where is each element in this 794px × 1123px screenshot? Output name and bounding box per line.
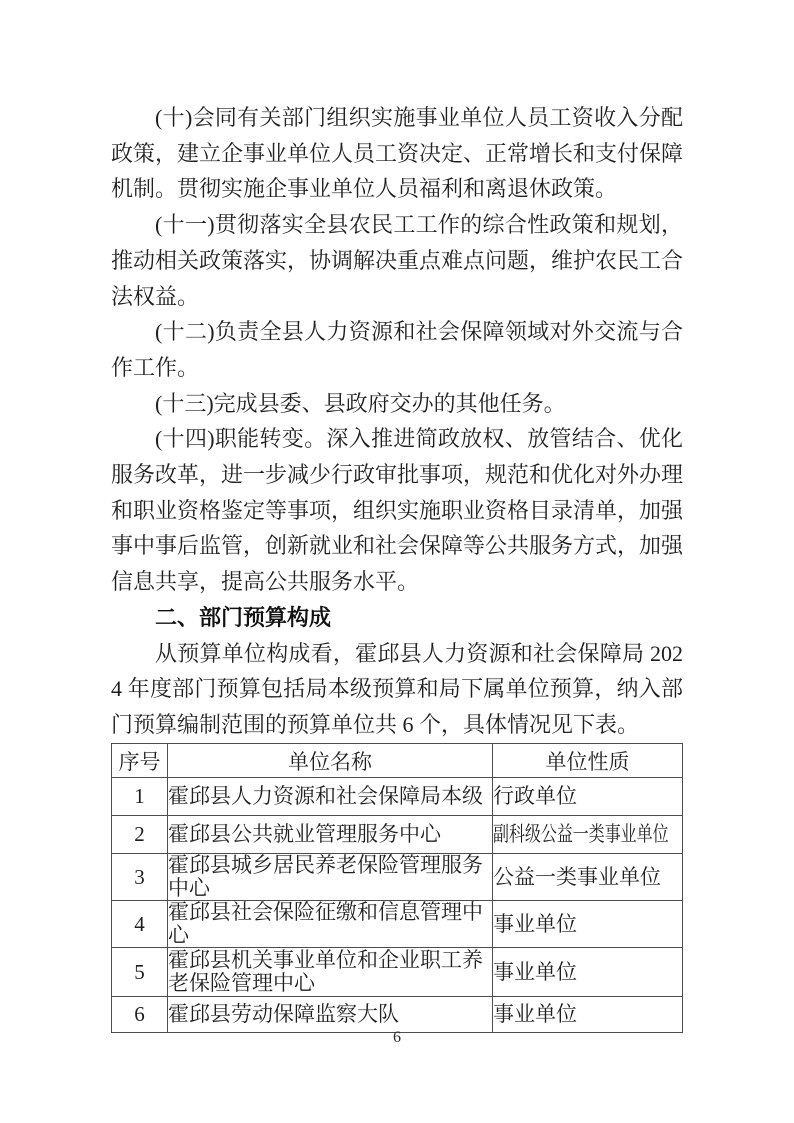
duty-paragraph-13: (十三)完成县委、县政府交办的其他任务。 — [111, 386, 683, 422]
document-body: (十)会同有关部门组织实施事业单位人员工资收入分配政策，建立企事业单位人员工资决… — [111, 100, 683, 743]
unit-type: 行政单位 — [493, 778, 683, 816]
unit-name: 霍邱县机关事业单位和企业职工养老保险管理中心 — [168, 948, 493, 997]
table-row: 3 霍邱县城乡居民养老保险管理服务中心 公益一类事业单位 — [112, 854, 683, 901]
duty-paragraph-11: (十一)贯彻落实全县农民工工作的综合性政策和规划，推动相关政策落实，协调解决重点… — [111, 207, 683, 314]
table-row: 1 霍邱县人力资源和社会保障局本级 行政单位 — [112, 778, 683, 816]
column-header-unit-name: 单位名称 — [168, 744, 493, 778]
unit-type-condensed-text: 副科级公益一类事业单位 — [493, 823, 669, 846]
unit-name: 霍邱县人力资源和社会保障局本级 — [168, 778, 493, 816]
budget-units-table: 序号 单位名称 单位性质 1 霍邱县人力资源和社会保障局本级 行政单位 2 霍邱… — [111, 743, 683, 1033]
table-row: 4 霍邱县社会保险征缴和信息管理中心 事业单位 — [112, 901, 683, 948]
table-row: 2 霍邱县公共就业管理服务中心 副科级公益一类事业单位 — [112, 816, 683, 854]
unit-name: 霍邱县公共就业管理服务中心 — [168, 816, 493, 854]
page-number: 6 — [0, 1028, 794, 1048]
column-header-index: 序号 — [112, 744, 168, 778]
row-index: 2 — [112, 816, 168, 854]
column-header-unit-type: 单位性质 — [493, 744, 683, 778]
row-index: 4 — [112, 901, 168, 948]
unit-type: 副科级公益一类事业单位 — [493, 816, 683, 854]
document-page: (十)会同有关部门组织实施事业单位人员工资收入分配政策，建立企事业单位人员工资决… — [0, 0, 794, 1123]
duty-paragraph-10: (十)会同有关部门组织实施事业单位人员工资收入分配政策，建立企事业单位人员工资决… — [111, 100, 683, 207]
unit-name: 霍邱县社会保险征缴和信息管理中心 — [168, 901, 493, 948]
table-row: 5 霍邱县机关事业单位和企业职工养老保险管理中心 事业单位 — [112, 948, 683, 997]
budget-intro-paragraph: 从预算单位构成看，霍邱县人力资源和社会保障局 2024 年度部门预算包括局本级预… — [111, 636, 683, 743]
row-index: 5 — [112, 948, 168, 997]
unit-name: 霍邱县城乡居民养老保险管理服务中心 — [168, 854, 493, 901]
row-index: 1 — [112, 778, 168, 816]
section-heading-budget-composition: 二、部门预算构成 — [111, 600, 683, 636]
table-header-row: 序号 单位名称 单位性质 — [112, 744, 683, 778]
row-index: 3 — [112, 854, 168, 901]
unit-type: 事业单位 — [493, 948, 683, 997]
unit-type: 公益一类事业单位 — [493, 854, 683, 901]
duty-paragraph-12: (十二)负责全县人力资源和社会保障领域对外交流与合作工作。 — [111, 314, 683, 385]
duty-paragraph-14: (十四)职能转变。深入推进简政放权、放管结合、优化服务改革，进一步减少行政审批事… — [111, 421, 683, 600]
unit-type: 事业单位 — [493, 901, 683, 948]
